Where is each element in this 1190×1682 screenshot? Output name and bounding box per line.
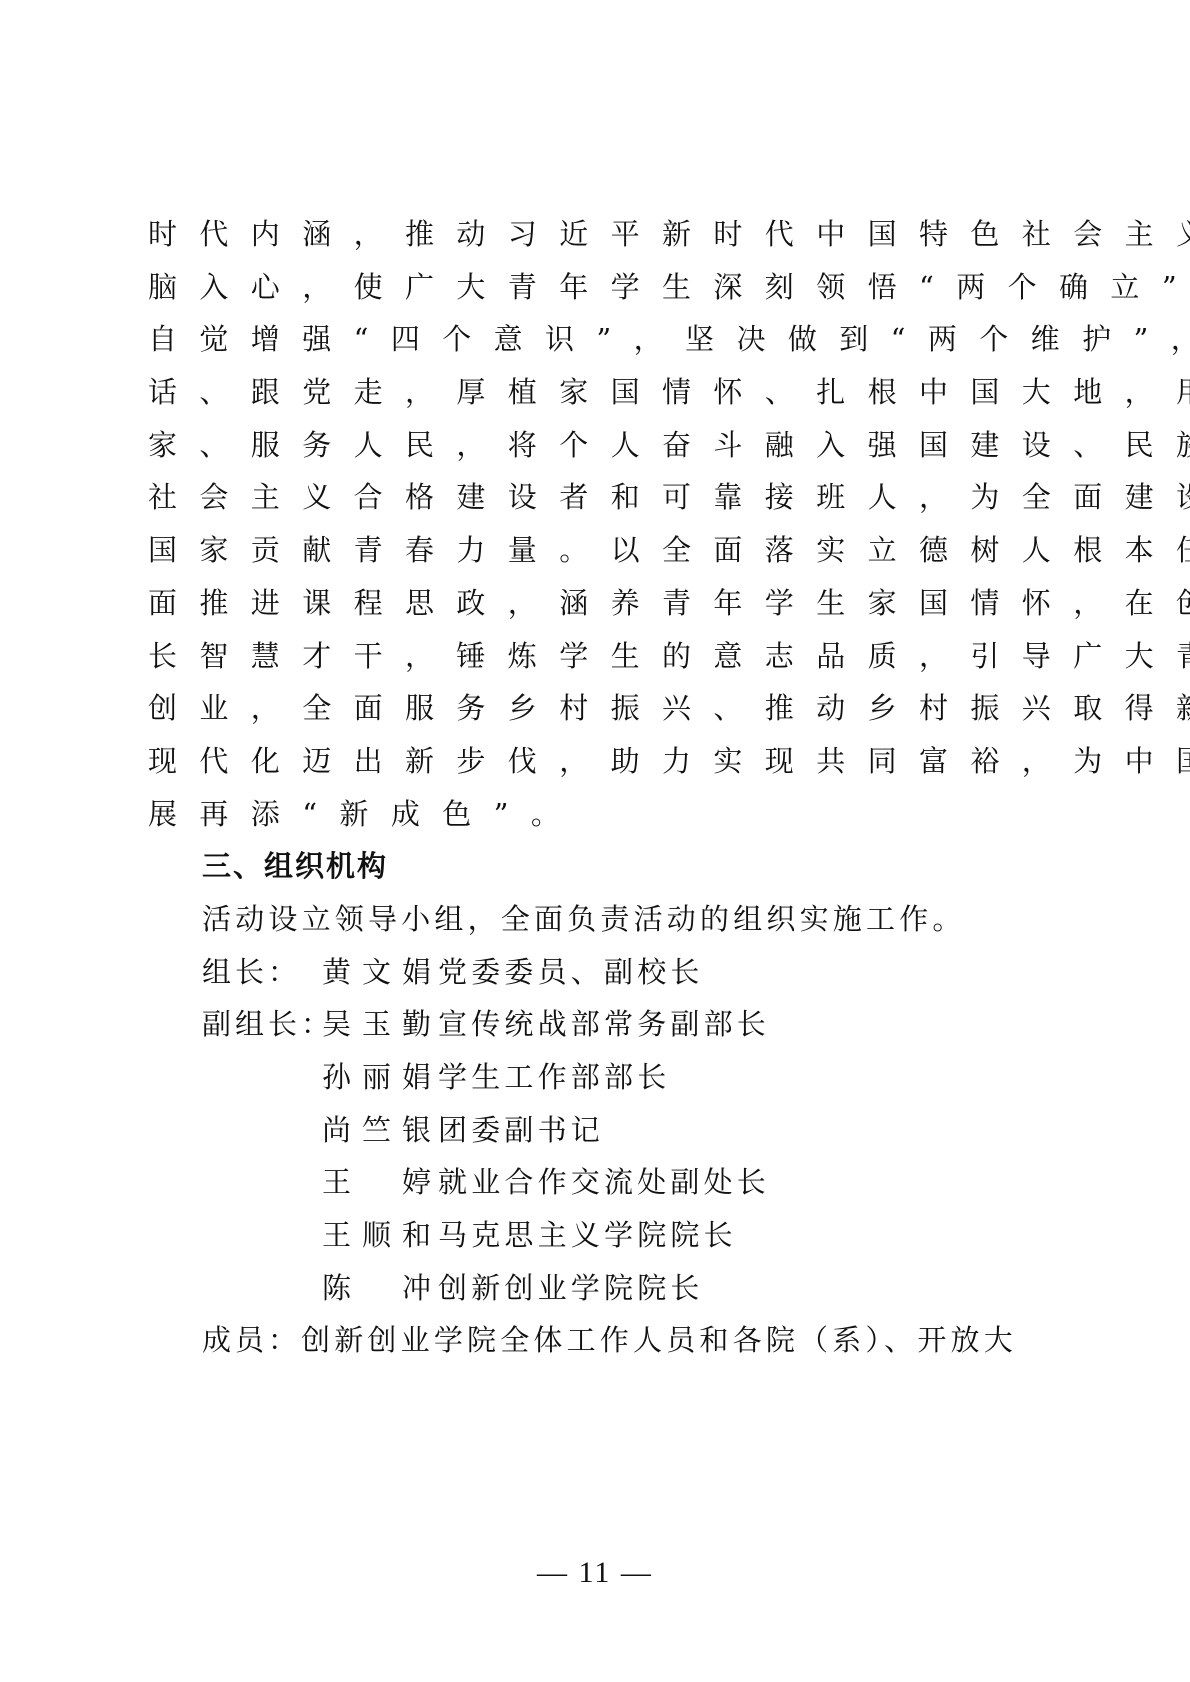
org-person-title: 团委副书记 <box>434 1104 604 1157</box>
org-person-name: 王 婷 <box>322 1156 434 1209</box>
paragraph-line: 展再添“新成色”。 <box>148 788 988 841</box>
org-deputy-row: 尚 竺 银 团委副书记 <box>148 1104 988 1157</box>
org-person-name: 孙 丽 娟 <box>322 1051 434 1104</box>
org-role: 组 长 ： <box>202 946 322 999</box>
org-person-name: 王 顺 和 <box>322 1209 434 1262</box>
org-members-row: 成 员 ： 创新创业学院全体工作人员和各院（系）、开放大 <box>148 1314 988 1367</box>
org-role: 成 员 ： <box>202 1314 301 1367</box>
paragraph-line: 脑入心，使广大青年学生深刻领悟“两个确立”的决定性意义， <box>148 261 988 314</box>
document-body: 时代内涵，推动习近平新时代中国特色社会主义思想入眼入耳入 脑入心，使广大青年学生… <box>148 208 988 1367</box>
org-person-title: 就业合作交流处副处长 <box>434 1156 770 1209</box>
paragraph-line: 长智慧才干，锤炼学生的意志品质，引导广大青年扎根基层创新 <box>148 630 988 683</box>
org-person-name: 尚 竺 银 <box>322 1104 434 1157</box>
org-person-title: 宣传统战部常务副部长 <box>434 998 770 1051</box>
org-person-name: 黄 文 娟 <box>322 946 434 999</box>
members-description: 创新创业学院全体工作人员和各院（系）、开放大 <box>301 1314 1017 1367</box>
paragraph-line: 话、跟党走，厚植家国情怀、扎根中国大地，用创新实践服务国 <box>148 366 988 419</box>
org-deputy-row: 孙 丽 娟 学生工作部部长 <box>148 1051 988 1104</box>
paragraph-line: 面推进课程思政，涵养青年学生家国情怀，在创新创业实践中增 <box>148 577 988 630</box>
section-heading: 三、组织机构 <box>148 840 988 893</box>
org-person-name: 吴 玉 勤 <box>322 998 434 1051</box>
org-leader-row: 组 长 ： 黄 文 娟 党委委员、副校长 <box>148 946 988 999</box>
paragraph-line: 时代内涵，推动习近平新时代中国特色社会主义思想入眼入耳入 <box>148 208 988 261</box>
paragraph-line: 现代化迈出新步伐，助力实现共同富裕，为中国的高质量创新发 <box>148 735 988 788</box>
org-person-title: 创新创业学院院长 <box>434 1262 704 1315</box>
org-deputy-row: 王 婷 就业合作交流处副处长 <box>148 1156 988 1209</box>
org-person-name: 陈 冲 <box>322 1262 434 1315</box>
paragraph-line: 自觉增强“四个意识”，坚决做到“两个维护”，坚定不移听党 <box>148 313 988 366</box>
paragraph-line: 国家贡献青春力量。以全面落实立德树人根本任务为重要举措全 <box>148 524 988 577</box>
page-number: — 11 — <box>0 1556 1190 1590</box>
paragraph-line: 创业，全面服务乡村振兴、推动乡村振兴取得新进展、农业农村 <box>148 682 988 735</box>
org-person-title: 马克思主义学院院长 <box>434 1209 737 1262</box>
org-deputy-row: 王 顺 和 马克思主义学院院长 <box>148 1209 988 1262</box>
org-deputy-row: 陈 冲 创新创业学院院长 <box>148 1262 988 1315</box>
org-role: 副组长： <box>202 998 322 1051</box>
org-person-title: 党委委员、副校长 <box>434 946 704 999</box>
document-page: 时代内涵，推动习近平新时代中国特色社会主义思想入眼入耳入 脑入心，使广大青年学生… <box>0 0 1190 1682</box>
paragraph-line: 社会主义合格建设者和可靠接班人，为全面建设社会主义现代化 <box>148 471 988 524</box>
org-person-title: 学生工作部部长 <box>434 1051 670 1104</box>
org-deputy-row: 副组长： 吴 玉 勤 宣传统战部常务副部长 <box>148 998 988 1051</box>
section-intro: 活动设立领导小组，全面负责活动的组织实施工作。 <box>148 893 988 946</box>
paragraph-line: 家、服务人民，将个人奋斗融入强国建设、民族复兴伟业，成为 <box>148 419 988 472</box>
